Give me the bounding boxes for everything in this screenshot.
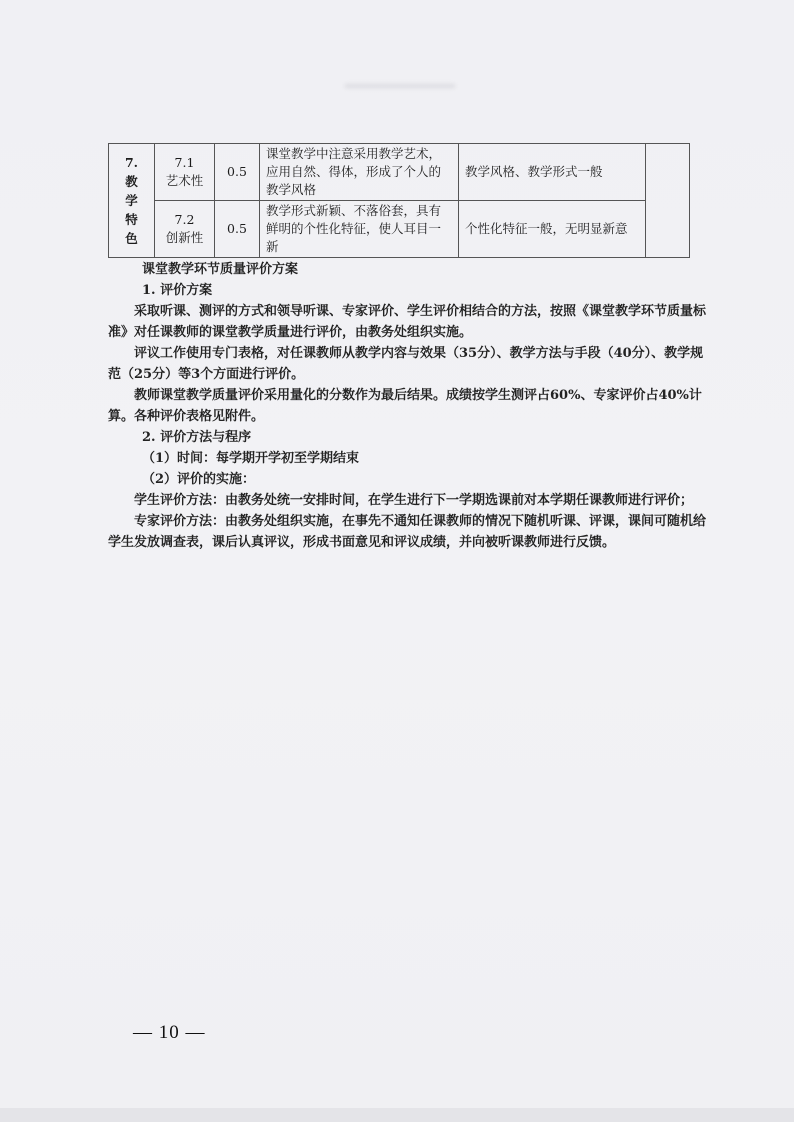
paragraph: 评议工作使用专门表格，对任课教师从教学内容与效果（35分）、教学方法与手段（40… [108, 343, 706, 385]
table-row: 7.2 创新性 0.5 教学形式新颖、不落俗套，具有鲜明的个性化特征，使人耳目一… [109, 201, 690, 258]
scan-edge [0, 1108, 794, 1122]
subitem-name: 创新性 [161, 229, 208, 247]
document-page: 7. 教 学 特 色 7.1 艺术性 0.5 课堂教学中注意采用教学艺术，应用自… [0, 0, 794, 1122]
body-text: 课堂教学环节质量评价方案 1. 评价方案 采取听课、测评的方式和领导听课、专家评… [116, 259, 706, 553]
description-cell: 教学形式新颖、不落俗套，具有鲜明的个性化特征，使人耳目一新 [260, 201, 459, 258]
score-cell: 0.5 [215, 144, 260, 201]
description-cell: 课堂教学中注意采用教学艺术，应用自然、得体，形成了个人的教学风格 [260, 144, 459, 201]
subitem-number: 7.2 [161, 211, 208, 229]
category-line: 特 [115, 210, 148, 229]
category-cell: 7. 教 学 特 色 [109, 144, 155, 258]
list-item: （1）时间：每学期开学初至学期结束 [116, 448, 706, 469]
list-item: （2）评价的实施： [116, 469, 706, 490]
section1-heading: 1. 评价方案 [116, 280, 706, 301]
score-cell: 0.5 [215, 201, 260, 258]
section2-heading: 2. 评价方法与程序 [116, 427, 706, 448]
evaluation-table: 7. 教 学 特 色 7.1 艺术性 0.5 课堂教学中注意采用教学艺术，应用自… [108, 143, 690, 258]
category-line: 教 [115, 172, 148, 191]
subitem-name: 艺术性 [161, 172, 208, 190]
section-title: 课堂教学环节质量评价方案 [116, 259, 706, 280]
subitem-cell: 7.2 创新性 [155, 201, 215, 258]
low-standard-cell: 个性化特征一般，无明显新意 [459, 201, 646, 258]
header-mark [345, 84, 455, 88]
subitem-cell: 7.1 艺术性 [155, 144, 215, 201]
paragraph: 专家评价方法：由教务处组织实施，在事先不通知任课教师的情况下随机听课、评课，课间… [108, 511, 706, 553]
table-row: 7. 教 学 特 色 7.1 艺术性 0.5 课堂教学中注意采用教学艺术，应用自… [109, 144, 690, 201]
category-line: 色 [115, 229, 148, 248]
page-number: — 10 — [133, 1022, 206, 1044]
blank-cell [646, 144, 690, 258]
paragraph: 采取听课、测评的方式和领导听课、专家评价、学生评价相结合的方法，按照《课堂教学环… [108, 301, 706, 343]
paragraph: 教师课堂教学质量评价采用量化的分数作为最后结果。成绩按学生测评占60%、专家评价… [108, 385, 706, 427]
category-line: 学 [115, 191, 148, 210]
category-line: 7. [115, 153, 148, 172]
low-standard-cell: 教学风格、教学形式一般 [459, 144, 646, 201]
subitem-number: 7.1 [161, 154, 208, 172]
paragraph: 学生评价方法：由教务处统一安排时间，在学生进行下一学期选课前对本学期任课教师进行… [108, 490, 706, 511]
